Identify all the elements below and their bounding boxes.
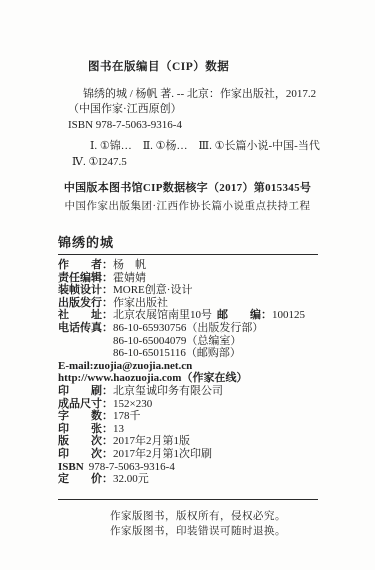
row-editor-label: 责任编辑：	[58, 272, 113, 285]
row-isbn-value: 978-7-5063-9316-4	[89, 461, 175, 474]
cip-entry-line2: （中国作家·江西原创）	[68, 102, 375, 118]
row-price-value: 32.00元	[113, 473, 149, 486]
row-author-value: 杨 帆	[113, 259, 146, 272]
colophon: 锦绣的城 作 者： 杨 帆 责任编辑： 霍婧婧 装帧设计： MORE创意·设计 …	[58, 232, 318, 486]
footer-divider	[58, 499, 318, 500]
copyright-notice: 作家版图书，版权所有，侵权必究。	[78, 509, 318, 524]
row-printing: 印 次： 2017年2月第1次印刷	[58, 448, 318, 461]
row-printing-value: 2017年2月第1次印刷	[113, 448, 212, 461]
row-phone-number-3: 86-10-65015116（邮购部）	[113, 347, 241, 360]
row-publisher: 出版发行： 作家出版社	[58, 297, 318, 310]
row-price-label: 定 价：	[58, 473, 113, 486]
row-phone-number-2: 86-10-65004079（总编室）	[113, 335, 241, 348]
row-wordcount-label: 字 数：	[58, 410, 113, 423]
row-address-label: 社 址：	[58, 309, 113, 322]
row-sheets: 印 张： 13	[58, 423, 318, 436]
row-publisher-value: 作家出版社	[113, 297, 168, 310]
cip-registry-block: 中国版本图书馆CIP数据核字（2017）第015345号 中国作家出版集团·江西…	[0, 180, 375, 215]
row-author-label: 作 者：	[58, 259, 113, 272]
row-printer-label: 印 刷：	[58, 385, 113, 398]
row-edition-label: 版 次：	[58, 435, 113, 448]
row-printer-value: 北京玺诚印务有限公司	[113, 385, 223, 398]
row-edition: 版 次： 2017年2月第1版	[58, 435, 318, 448]
cip-entry-isbn: ISBN 978-7-5063-9316-4	[68, 118, 375, 134]
row-size-value: 152×230	[113, 398, 152, 411]
row-editor-value: 霍婧婧	[113, 272, 146, 285]
cip-heading: 图书在版编目（CIP）数据	[88, 60, 375, 76]
row-phone-label: 电话传真：	[58, 322, 113, 335]
row-design-label: 装帧设计：	[58, 284, 113, 297]
cip-classification: Ⅰ. ①锦… Ⅱ. ①杨… Ⅲ. ①长篇小说-中国-当代 Ⅳ. ①I247.5	[68, 139, 375, 170]
row-author: 作 者： 杨 帆	[58, 259, 318, 272]
row-wordcount-value: 178千	[113, 410, 141, 423]
cip-class-line1: Ⅰ. ①锦… Ⅱ. ①杨… Ⅲ. ①长篇小说-中国-当代	[90, 139, 375, 155]
cip-entry: 锦绣的城 / 杨帆 著. -- 北京：作家出版社，2017.2 （中国作家·江西…	[68, 87, 375, 134]
row-postcode-value: 100125	[272, 309, 305, 322]
row-editor: 责任编辑： 霍婧婧	[58, 272, 318, 285]
exchange-notice: 作家版图书，印装错误可随时退换。	[78, 524, 318, 539]
footer-notice: 作家版图书，版权所有，侵权必究。 作家版图书，印装错误可随时退换。	[58, 499, 318, 539]
row-phone-number-1: 86-10-65930756（出版发行部）	[113, 322, 263, 335]
cip-class-line2: Ⅳ. ①I247.5	[72, 155, 375, 171]
row-sheets-value: 13	[113, 423, 124, 436]
row-wordcount: 字 数： 178千	[58, 410, 318, 423]
cip-registry-number: 中国版本图书馆CIP数据核字（2017）第015345号	[0, 180, 375, 198]
row-isbn-label: ISBN	[58, 461, 84, 474]
row-postcode-label: 邮 编：	[217, 309, 272, 322]
row-design: 装帧设计： MORE创意·设计	[58, 284, 318, 297]
cip-entry-line1: 锦绣的城 / 杨帆 著. -- 北京：作家出版社，2017.2	[83, 87, 375, 103]
colophon-rows: 作 者： 杨 帆 责任编辑： 霍婧婧 装帧设计： MORE创意·设计 出版发行：…	[58, 259, 318, 486]
row-size: 成品尺寸： 152×230	[58, 398, 318, 411]
row-address-value: 北京农展馆南里10号	[113, 309, 217, 322]
row-size-label: 成品尺寸：	[58, 398, 113, 411]
row-printer: 印 刷： 北京玺诚印务有限公司	[58, 385, 318, 398]
cip-data-block: 图书在版编目（CIP）数据 锦绣的城 / 杨帆 著. -- 北京：作家出版社，2…	[68, 60, 375, 215]
project-line: 中国作家出版集团·江西作协长篇小说重点扶持工程	[0, 198, 375, 216]
row-price: 定 价： 32.00元	[58, 473, 318, 486]
website-line: http://www.haozuojia.com（作家在线）	[58, 372, 318, 385]
title-divider	[58, 254, 318, 255]
row-phone-3: 86-10-65015116（邮购部）	[58, 347, 318, 360]
email-line: E-mail:zuojia@zuojia.net.cn	[58, 360, 318, 373]
copyright-page: 图书在版编目（CIP）数据 锦绣的城 / 杨帆 著. -- 北京：作家出版社，2…	[0, 0, 375, 570]
row-isbn: ISBN 978-7-5063-9316-4	[58, 461, 318, 474]
row-edition-value: 2017年2月第1版	[113, 435, 190, 448]
row-design-value: MORE创意·设计	[113, 284, 192, 297]
row-address: 社 址： 北京农展馆南里10号 邮 编： 100125	[58, 309, 318, 322]
row-sheets-label: 印 张：	[58, 423, 113, 436]
book-title: 锦绣的城	[58, 232, 318, 251]
row-printing-label: 印 次：	[58, 448, 113, 461]
footer-text: 作家版图书，版权所有，侵权必究。 作家版图书，印装错误可随时退换。	[58, 509, 318, 539]
row-publisher-label: 出版发行：	[58, 297, 113, 310]
row-phone-2: 86-10-65004079（总编室）	[58, 335, 318, 348]
row-phone-1: 电话传真： 86-10-65930756（出版发行部）	[58, 322, 318, 335]
